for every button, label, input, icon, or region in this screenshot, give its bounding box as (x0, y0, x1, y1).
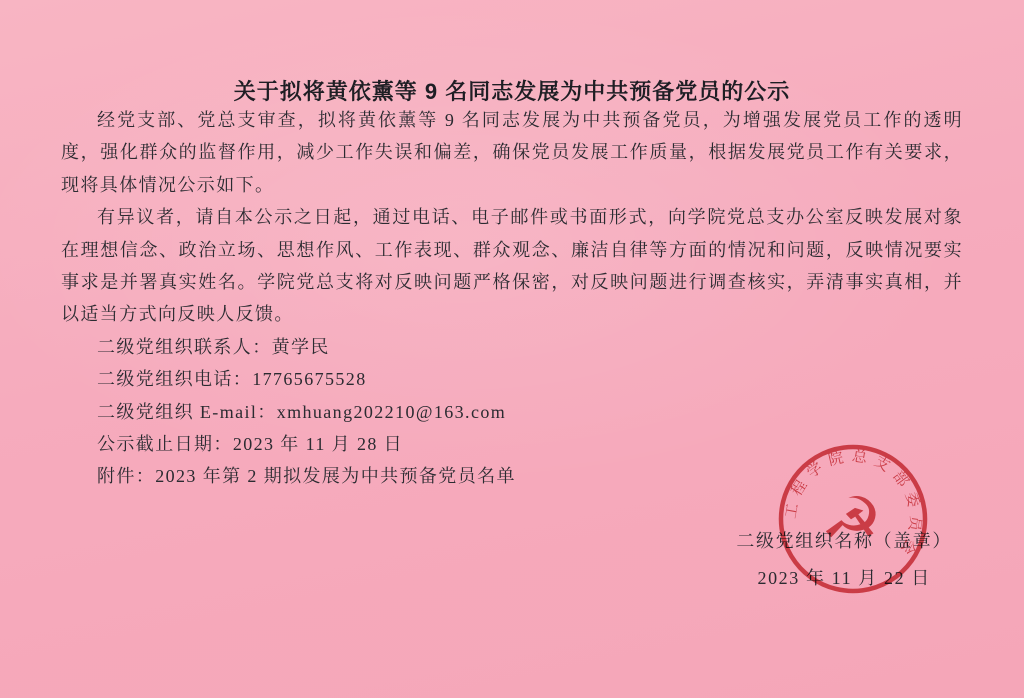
attachment-value: 2023 年第 2 期拟发展为中共预备党员名单 (155, 466, 516, 486)
paragraph-objection: 有异议者，请自本公示之日起，通过电话、电子邮件或书面形式，向学院党总支办公室反映… (61, 201, 963, 331)
contact-label: 二级党组织联系人： (97, 337, 272, 357)
info-line-email: 二级党组织 E-mail：xmhuang202210@163.com (61, 396, 963, 428)
info-line-attachment: 附件：2023 年第 2 期拟发展为中共预备党员名单 (61, 460, 963, 492)
contact-value: 黄学民 (272, 337, 330, 357)
info-line-deadline: 公示截止日期：2023 年 11 月 28 日 (61, 428, 963, 460)
email-value: xmhuang202210@163.com (277, 402, 506, 422)
signature-date: 2023 年 11 月 22 日 (736, 560, 952, 597)
signature-block: 二级党组织名称（盖章） 2023 年 11 月 22 日 (736, 523, 952, 597)
deadline-label: 公示截止日期： (97, 434, 233, 454)
info-line-contact: 二级党组织联系人：黄学民 (61, 331, 963, 363)
paragraph-intro: 经党支部、党总支审查，拟将黄依薰等 9 名同志发展为中共预备党员，为增强发展党员… (61, 104, 963, 201)
phone-label: 二级党组织电话： (97, 369, 252, 389)
deadline-value: 2023 年 11 月 28 日 (233, 434, 403, 454)
attachment-label: 附件： (97, 466, 155, 486)
notice-body: 经党支部、党总支审查，拟将黄依薰等 9 名同志发展为中共预备党员，为增强发展党员… (61, 104, 963, 493)
email-label: 二级党组织 E-mail： (97, 402, 277, 422)
phone-value: 17765675528 (252, 369, 366, 389)
notice-title: 关于拟将黄依薰等 9 名同志发展为中共预备党员的公示 (0, 75, 1024, 106)
info-line-phone: 二级党组织电话：17765675528 (61, 363, 963, 395)
org-seal-line: 二级党组织名称（盖章） (736, 523, 952, 560)
